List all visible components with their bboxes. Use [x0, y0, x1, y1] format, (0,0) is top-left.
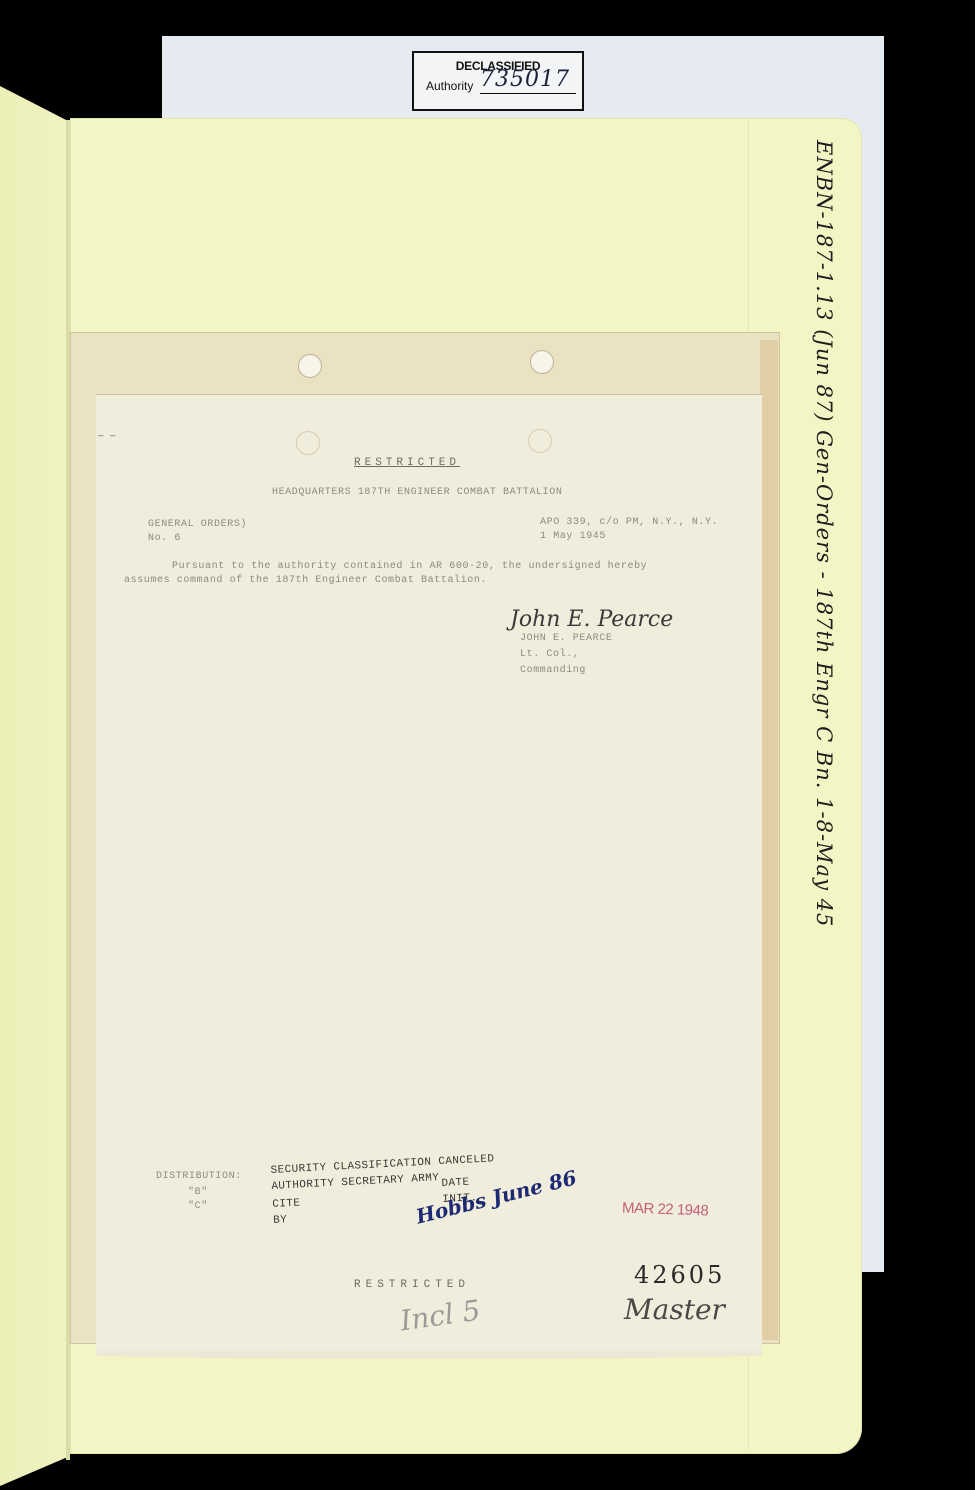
authority-label: Authority	[426, 79, 473, 93]
folder-margin-note: ENBN-187-1.13 (Jun 87) Gen-Orders - 187t…	[812, 140, 836, 1400]
footer-classification: RESTRICTED	[354, 1279, 470, 1291]
distribution-label: DISTRIBUTION:	[156, 1171, 242, 1182]
paper-punch-mark-left	[296, 431, 320, 455]
stamp-line-4: BY	[273, 1214, 288, 1227]
commander-signature: John E. Pearce	[510, 607, 673, 632]
address-line: APO 339, c/o PM, N.Y., N.Y.	[540, 517, 718, 528]
stamp-line-1: SECURITY CLASSIFICATION CANCELED	[270, 1153, 494, 1177]
signer-title: Commanding	[520, 665, 586, 676]
handwritten-number: 42605	[634, 1261, 725, 1289]
order-date: 1 May 1945	[540, 531, 606, 542]
received-date-stamp: MAR 22 1948	[622, 1200, 709, 1220]
body-line-2: assumes command of the 187th Engineer Co…	[124, 575, 487, 586]
folder-left-cover	[0, 86, 70, 1486]
punch-hole-left	[298, 354, 322, 378]
handwritten-master: Master	[624, 1293, 725, 1326]
signer-rank: Lt. Col.,	[520, 649, 579, 660]
punch-hole-right	[530, 350, 554, 374]
body-line-1: Pursuant to the authority contained in A…	[172, 561, 647, 572]
stamp-line-3: CITE	[272, 1197, 301, 1210]
header-classification: RESTRICTED	[354, 457, 460, 469]
stamp-date-label: DATE	[441, 1177, 470, 1190]
backing-edge	[760, 340, 778, 1340]
authority-value: 735017	[480, 67, 576, 94]
distribution-item-b: "B"	[188, 1187, 208, 1198]
paper-punch-mark-right	[528, 429, 552, 453]
organization-heading: HEADQUARTERS 187TH ENGINEER COMBAT BATTA…	[272, 487, 562, 498]
corner-mark: — —	[98, 431, 116, 441]
distribution-item-c: "C"	[188, 1201, 208, 1212]
footer-handwritten-inclosure: Incl 5	[398, 1294, 482, 1338]
signer-name: JOHN E. PEARCE	[520, 633, 612, 644]
order-type: GENERAL ORDERS)	[148, 519, 247, 530]
declassified-stamp-box: DECLASSIFIED Authority 735017	[412, 51, 584, 111]
document-page: — — RESTRICTED HEADQUARTERS 187TH ENGINE…	[96, 394, 762, 1355]
order-number: No. 6	[148, 533, 181, 544]
